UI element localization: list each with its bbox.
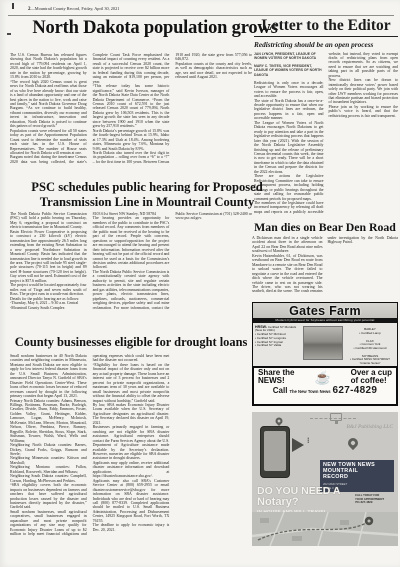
field-photo [303,326,343,360]
gates-farm-title: Gates Farm [253,303,397,318]
smartphone-illustration [260,426,290,478]
notary-headline-line1: DO YOU NEED A [257,486,353,497]
notary-headline-line2: Notary? [257,497,353,508]
letter-body: Jan Lynch, President, League of Women Vo… [254,52,398,216]
letter-to-editor-section: Letter to the Editor Redistricting shoul… [254,17,398,216]
letter-byline-1: Jan Lynch, President, League of Women Vo… [254,52,324,61]
location-pin-icon [346,436,360,450]
article-man-dies-title: Man dies on Bear Den Road [252,221,398,233]
new-town-news-label: The New Town News [289,389,330,394]
coffee-cup-icon: ☕ [314,371,330,384]
coffee-ad-phone: 627-4829 [333,385,378,396]
article-population-title: North Dakota population grows [26,19,284,38]
soybeans-list: SOYBEANS • Certified NDSU ND17009GT “Gra… [345,355,395,366]
notary-contact-info: CALL TODAY FOR YOUR APPOINTMENT 701-627-… [355,494,395,505]
article-man-dies-body: A Dickinson man died in a single vehicle… [252,236,398,300]
article-population-body: The U.S. Census Bureau has released figu… [10,53,252,166]
article-drought-body: Small nonfarm businesses in 40 North Dak… [10,354,252,540]
page-margin-mark [7,33,11,35]
call-label: Call [273,386,288,395]
over-a-cup-text: Over a cup of coffee! [351,369,392,386]
megaphone-icon [292,438,304,452]
map-illustration [252,512,398,546]
monitor-icon [330,413,342,421]
share-the-news-ad: Share the NEWS! ☕ Over a cup of coffee! … [252,366,398,406]
gates-farm-hrsw-list: HRSW• Certified SY Murdock (New for 2021… [255,325,301,365]
location-pin-icon [274,416,284,426]
notary-ad: B&J Publishing LLC ⁝ NEW TOWN NEWS MOUNT… [252,412,398,546]
article-psc-body: The North Dakota Public Service Commissi… [10,212,252,312]
masthead-rule [8,15,394,16]
letter-section-title: Letter to the Editor [254,17,398,37]
sound-burst-icon: ⁝ [307,436,310,445]
masthead-text: —Mountrail County Record, Friday, April … [31,6,120,11]
gates-farm-seed-list: BARLEY • Certified Lamp FLAX • Common Yo… [345,325,395,365]
coffee-ad-call-line: Call The New Town News 627-4829 [258,385,392,396]
notary-headline: DO YOU NEED A Notary? IN HOUSE AND WILL … [257,486,353,514]
newspaper-page: + 2—Mountrail County Record, Friday, Apr… [0,0,400,567]
flax-list: FLAX • Common York • Certified ND Hammon… [345,340,395,351]
bj-publishing-label: B&J Publishing LLC [347,424,393,430]
article-psc-title: PSC schedules public hearing for Propose… [28,180,266,210]
letter-subtitle: Redistricting should be an open process [254,40,398,49]
barley-list: BARLEY • Certified Lamp [345,328,395,336]
article-drought-title: County businesses eligible for drought l… [8,336,254,350]
page-margin-mark [12,3,14,9]
masthead: 2—Mountrail County Record, Friday, April… [28,6,119,12]
hrsw-items: • Certified SY Murdock (New for 2021) • … [255,325,296,348]
letter-byline-2: Mary C. Tintes, Vice President, League o… [254,64,324,77]
brand-names: NEW TOWN NEWS MOUNTRAIL RECORD [323,462,391,481]
share-the-news-text: Share the NEWS! [258,369,294,386]
